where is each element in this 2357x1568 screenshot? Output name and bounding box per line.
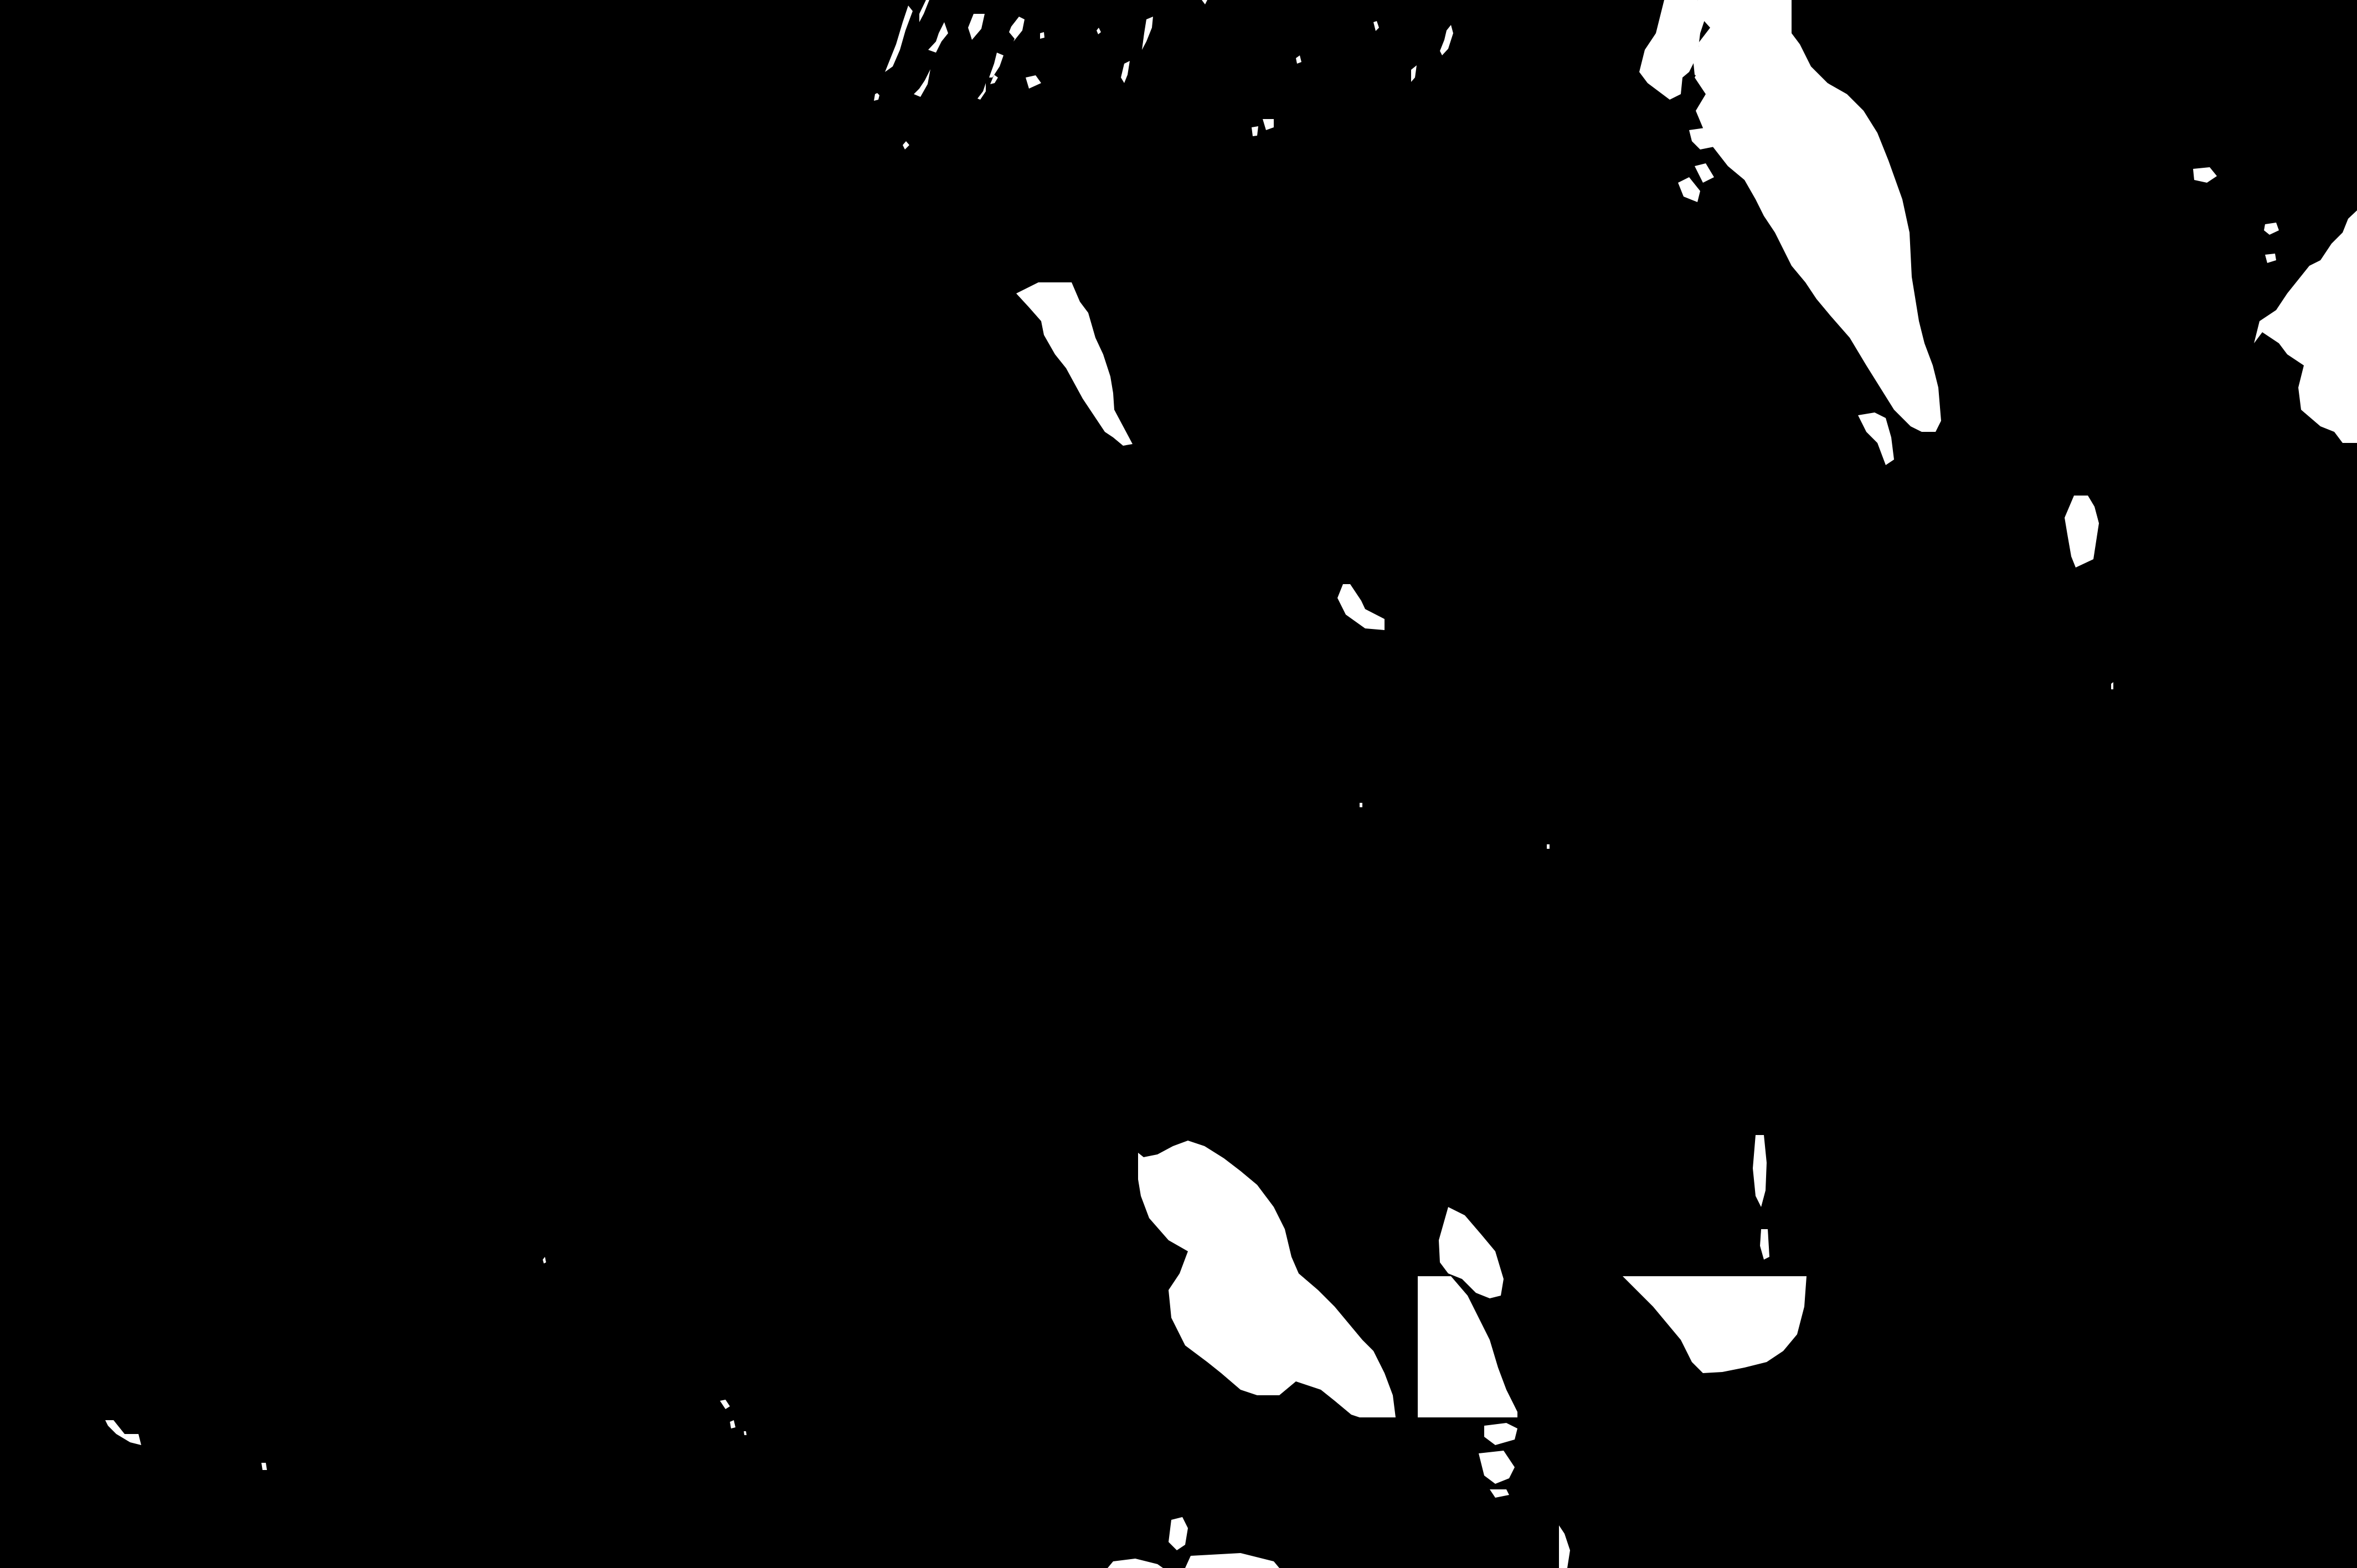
mask-background: [0, 0, 2357, 1568]
segmentation-mask: [0, 0, 2357, 1568]
